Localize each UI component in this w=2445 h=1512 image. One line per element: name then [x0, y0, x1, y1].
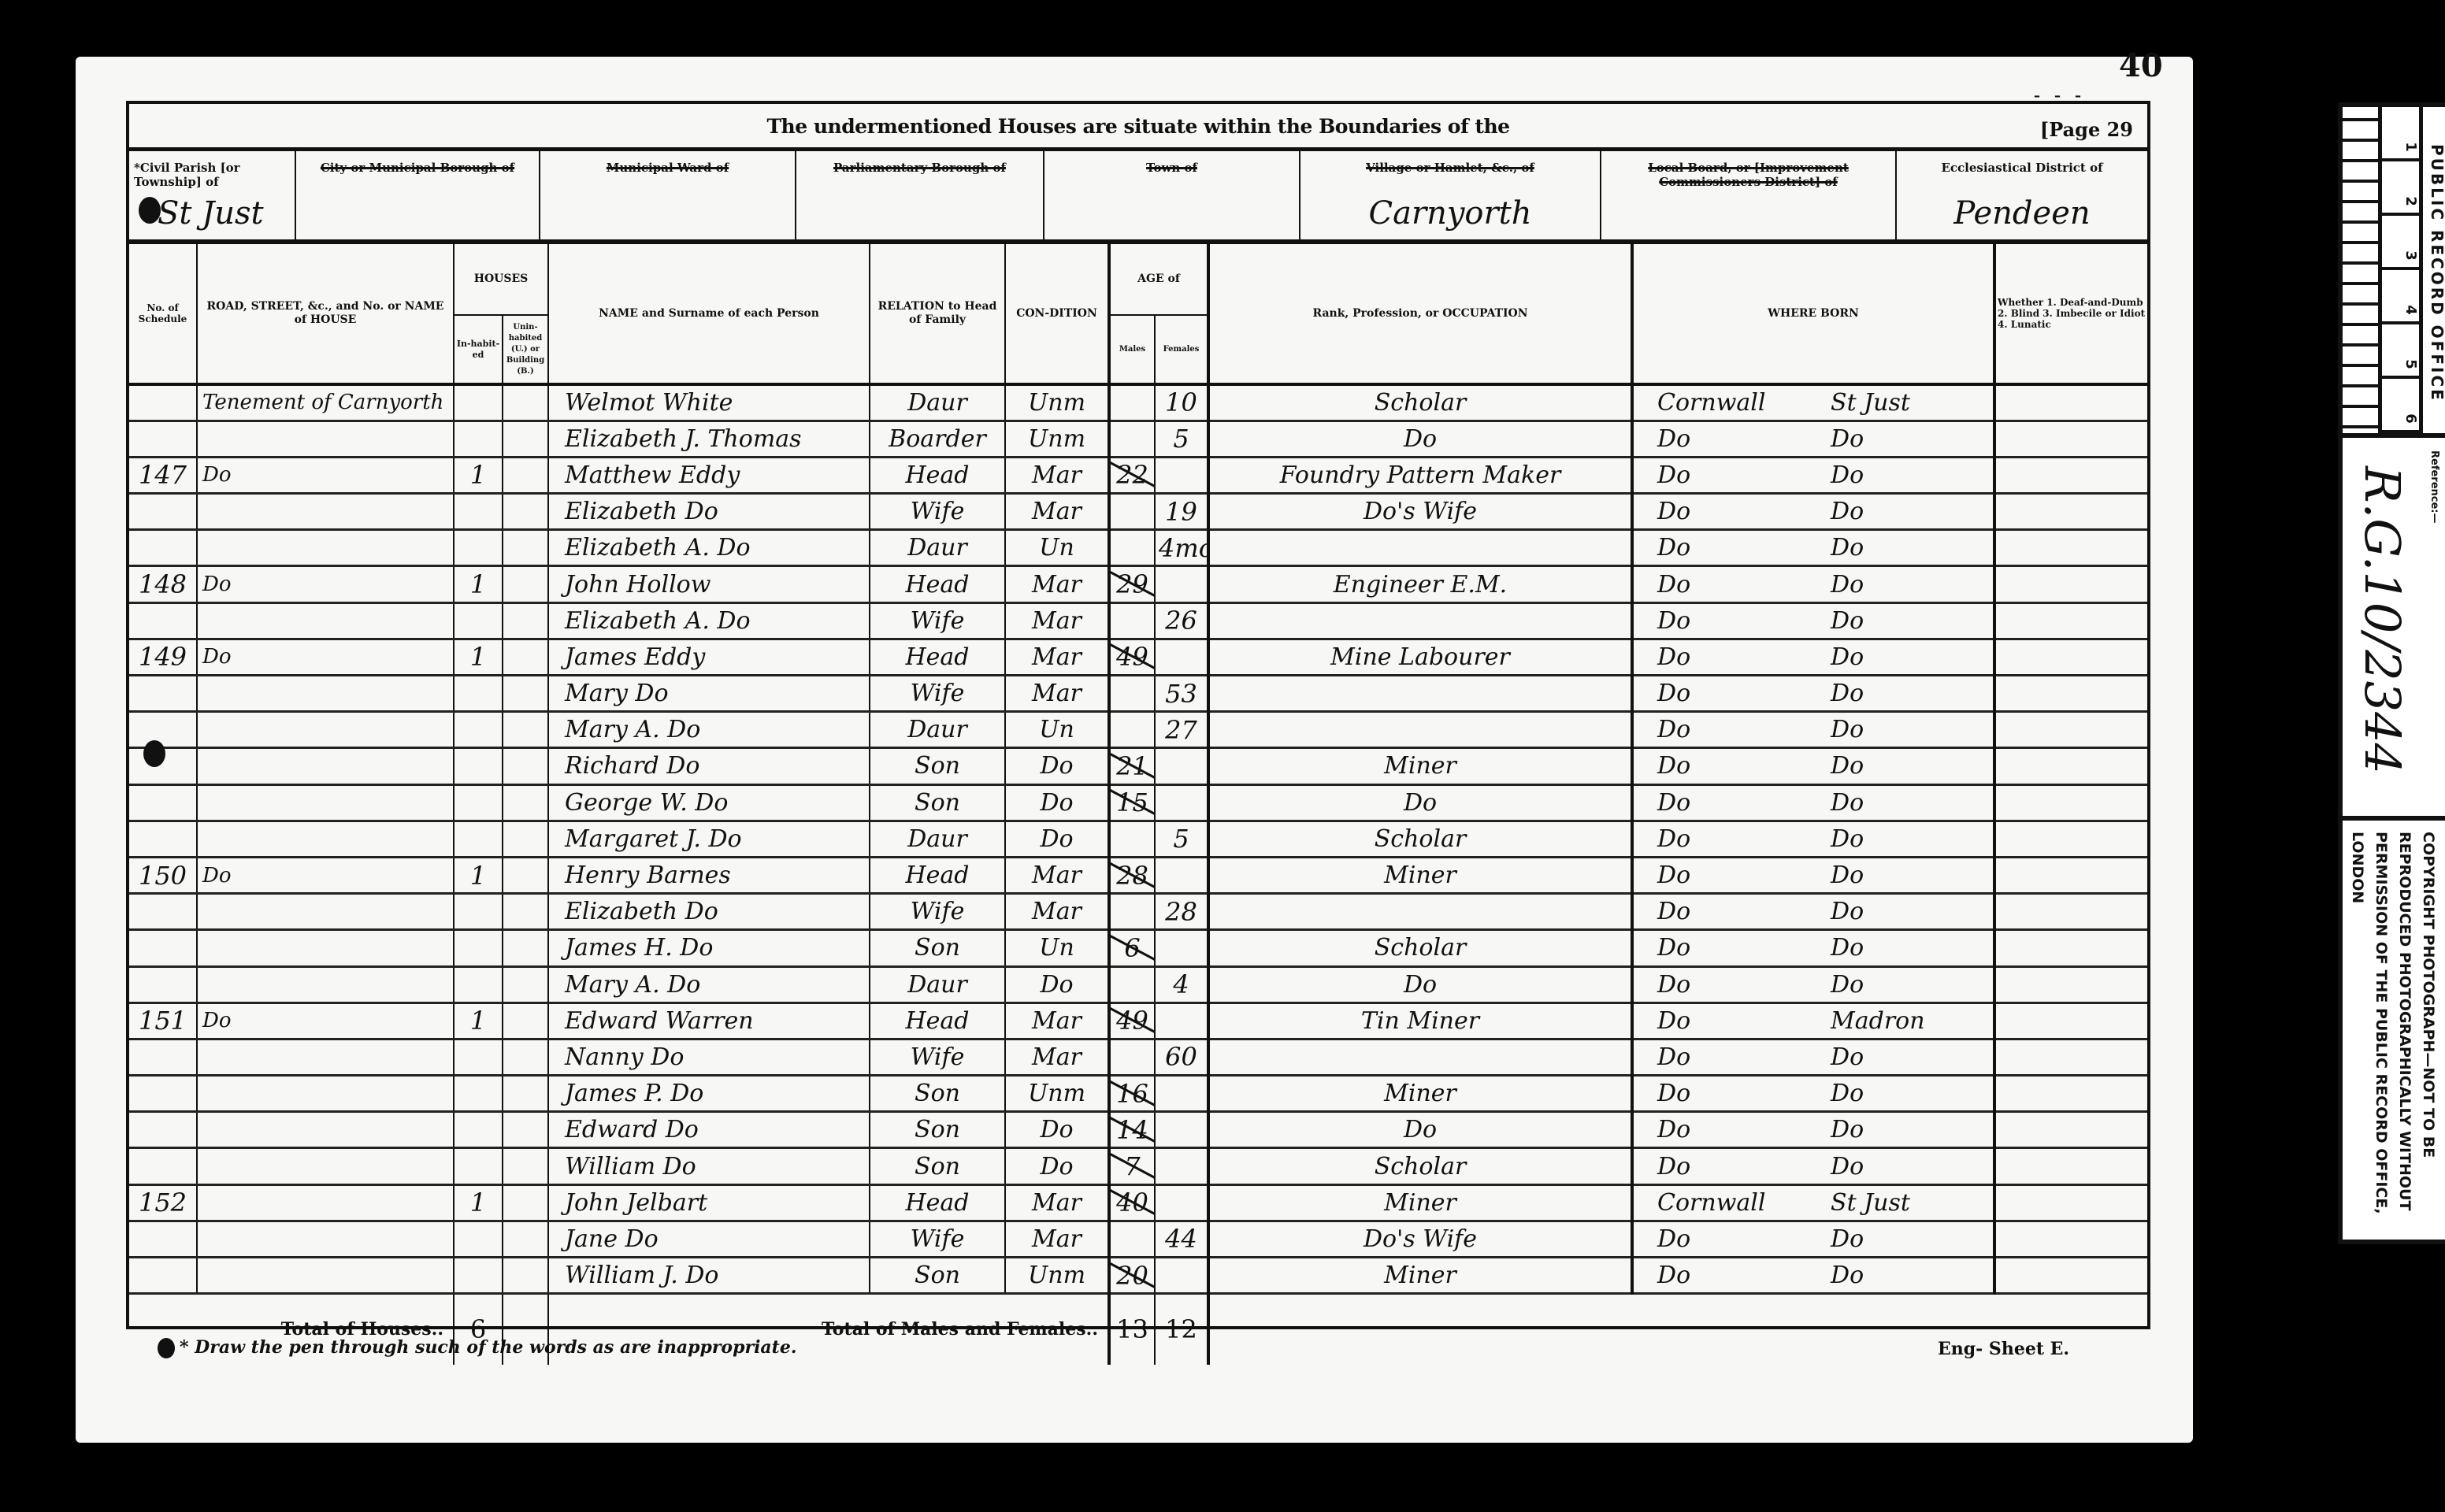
person-name: Welmot White [548, 384, 870, 421]
person-name: Edward Do [548, 1112, 870, 1148]
infirmity [1994, 748, 2147, 784]
boundary-label: City or Municipal Borough of [301, 161, 534, 175]
age-male [1109, 676, 1155, 712]
person-name: Elizabeth A. Do [548, 602, 870, 639]
houses-inhabited: 1 [454, 1002, 503, 1039]
relation: Son [870, 1076, 1005, 1112]
occupation: Miner [1208, 1184, 1632, 1221]
col-condition: CON-DITION [1005, 244, 1109, 384]
age-male: 20 [1109, 1258, 1155, 1294]
condition: Do [1005, 821, 1109, 857]
born-parish: Do [1831, 825, 1864, 853]
person-name: James H. Do [548, 930, 870, 966]
condition: Do [1005, 748, 1109, 784]
tally-stroke [1109, 1151, 1155, 1184]
houses-inhabited [454, 530, 503, 566]
boundary-municipal-ward: Municipal Ward of [540, 151, 796, 239]
table-row: Elizabeth A. DoDaurUn4moDoDo [129, 530, 2147, 566]
person-name: Elizabeth A. Do [548, 530, 870, 566]
scale-ruler: 1 2 3 4 5 6 PUBLIC RECORD OFFICE [2343, 107, 2445, 438]
address: Do [197, 857, 454, 893]
houses-inhabited: 1 [454, 857, 503, 893]
schedule-number: 151 [129, 1002, 197, 1039]
age-male [1109, 966, 1155, 1002]
condition: Un [1005, 530, 1109, 566]
schedule-number [129, 712, 197, 748]
houses-inhabited: 1 [454, 566, 503, 602]
born-parish: Do [1831, 1225, 1864, 1253]
infirmity [1994, 857, 2147, 893]
houses-inhabited [454, 1221, 503, 1257]
relation: Daur [870, 712, 1005, 748]
person-name: Edward Warren [548, 1002, 870, 1039]
schedule-number [129, 494, 197, 530]
schedule-number [129, 676, 197, 712]
age-male [1109, 1221, 1155, 1257]
houses-inhabited [454, 894, 503, 930]
address [197, 748, 454, 784]
table-row: William DoSonDo7ScholarDoDo [129, 1148, 2147, 1184]
age-female [1155, 930, 1208, 966]
houses-inhabited [454, 602, 503, 639]
age-female: 5 [1155, 421, 1208, 457]
schedule-number [129, 821, 197, 857]
age-female: 4mo [1155, 530, 1208, 566]
infirmity [1994, 930, 2147, 966]
address [197, 784, 454, 821]
infirmity [1994, 1258, 2147, 1294]
occupation: Tin Miner [1208, 1002, 1632, 1039]
infirmity [1994, 566, 2147, 602]
born-county: Do [1657, 643, 1831, 671]
boundary-value: Carnyorth [1300, 195, 1600, 232]
ruler-numbers: 1 2 3 4 5 6 [2382, 107, 2423, 433]
tally-stroke [1109, 750, 1155, 784]
infirmity [1994, 1184, 2147, 1221]
born-parish: Do [1831, 607, 1864, 635]
table-header: No. of Schedule ROAD, STREET, &c., and N… [129, 244, 2147, 315]
born-parish: Do [1831, 643, 1864, 671]
form-title-row: The undermentioned Houses are situate wi… [129, 104, 2147, 151]
where-born: DoDo [1632, 821, 1994, 857]
address: Do [197, 457, 454, 493]
table-row: Mary A. DoDaurDo4DoDoDo [129, 966, 2147, 1002]
age-female: 27 [1155, 712, 1208, 748]
occupation: Do [1208, 784, 1632, 821]
ruler-number: 1 [2402, 142, 2419, 152]
person-name: Nanny Do [548, 1039, 870, 1075]
occupation: Miner [1208, 748, 1632, 784]
infirmity [1994, 639, 2147, 675]
age-female: 60 [1155, 1039, 1208, 1075]
houses-inhabited [454, 748, 503, 784]
tally-stroke [1109, 787, 1155, 821]
where-born: DoDo [1632, 857, 1994, 893]
address [197, 1258, 454, 1294]
occupation: Scholar [1208, 1148, 1632, 1184]
born-parish: Do [1831, 1153, 1864, 1180]
punch-hole [143, 740, 165, 767]
occupation: Engineer E.M. [1208, 566, 1632, 602]
condition: Mar [1005, 1221, 1109, 1257]
col-females: Females [1155, 315, 1208, 384]
age-female [1155, 784, 1208, 821]
boundary-label: Parliamentary Borough of [801, 161, 1038, 175]
table-row: George W. DoSonDo15DoDoDo [129, 784, 2147, 821]
occupation [1208, 676, 1632, 712]
houses-uninhabited [503, 784, 548, 821]
age-male: 15 [1109, 784, 1155, 821]
houses-inhabited: 1 [454, 639, 503, 675]
born-parish: Do [1831, 461, 1864, 489]
boundary-civil-parish: *Civil Parish [or Township] of St Just [129, 151, 296, 239]
boundary-label: Ecclesiastical District of [1901, 161, 2143, 175]
table-row: Margaret J. DoDaurDo5ScholarDoDo [129, 821, 2147, 857]
born-county: Cornwall [1657, 1189, 1831, 1217]
age-female [1155, 1002, 1208, 1039]
footnote: * Draw the pen through such of the words… [158, 1337, 797, 1358]
born-parish: Do [1831, 1262, 1864, 1289]
where-born: DoDo [1632, 1221, 1994, 1257]
census-table: No. of Schedule ROAD, STREET, &c., and N… [129, 244, 2147, 1365]
person-name: Jane Do [548, 1221, 870, 1257]
born-parish: St Just [1831, 1189, 1910, 1217]
houses-uninhabited [503, 1184, 548, 1221]
boundary-header: *Civil Parish [or Township] of St Just C… [129, 151, 2147, 244]
age-female [1155, 748, 1208, 784]
age-female: 44 [1155, 1221, 1208, 1257]
reference-value: R.G.10/2344 [2354, 466, 2411, 774]
born-county: Do [1657, 898, 1831, 925]
houses-inhabited [454, 821, 503, 857]
born-county: Do [1657, 789, 1831, 817]
reference-label: Reference:— [2428, 450, 2440, 524]
address [197, 1148, 454, 1184]
born-parish: Do [1831, 862, 1864, 889]
houses-uninhabited [503, 712, 548, 748]
infirmity [1994, 966, 2147, 1002]
total-males: 13 [1109, 1294, 1155, 1365]
ruler-number: 5 [2402, 359, 2419, 369]
age-male: 29 [1109, 566, 1155, 602]
age-male: 40 [1109, 1184, 1155, 1221]
person-name: Margaret J. Do [548, 821, 870, 857]
condition: Mar [1005, 566, 1109, 602]
col-males: Males [1109, 315, 1155, 384]
age-male: 28 [1109, 857, 1155, 893]
born-county: Do [1657, 1153, 1831, 1180]
condition: Mar [1005, 1184, 1109, 1221]
houses-uninhabited [503, 966, 548, 1002]
born-parish: Do [1831, 789, 1864, 817]
boundary-local-board: Local Board, or [Improvement Commissione… [1601, 151, 1897, 239]
address [197, 602, 454, 639]
houses-uninhabited [503, 894, 548, 930]
person-name: John Jelbart [548, 1184, 870, 1221]
occupation [1208, 1039, 1632, 1075]
born-county: Do [1657, 571, 1831, 598]
census-form: The undermentioned Houses are situate wi… [126, 101, 2150, 1329]
born-parish: Do [1831, 425, 1864, 453]
where-born: DoDo [1632, 457, 1994, 493]
tally-stroke [1109, 1187, 1155, 1221]
where-born: DoDo [1632, 784, 1994, 821]
schedule-number: 149 [129, 639, 197, 675]
table-row: 149Do1James EddyHeadMar49Mine LabourerDo… [129, 639, 2147, 675]
tally-stroke [1109, 569, 1155, 602]
boundary-village: Village or Hamlet, &c., of Carnyorth [1300, 151, 1601, 239]
where-born: DoDo [1632, 748, 1994, 784]
houses-inhabited [454, 1258, 503, 1294]
person-name: Richard Do [548, 748, 870, 784]
houses-inhabited [454, 494, 503, 530]
boundary-value: St Just [158, 195, 295, 232]
schedule-number [129, 1076, 197, 1112]
address [197, 676, 454, 712]
condition: Do [1005, 1148, 1109, 1184]
born-parish: Do [1831, 971, 1864, 999]
address [197, 966, 454, 1002]
where-born: DoDo [1632, 676, 1994, 712]
age-female: 26 [1155, 602, 1208, 639]
born-county: Do [1657, 1262, 1831, 1289]
schedule-number [129, 1258, 197, 1294]
address [197, 930, 454, 966]
schedule-number [129, 530, 197, 566]
tally-stroke [1109, 459, 1155, 493]
address [197, 1184, 454, 1221]
where-born: DoDo [1632, 566, 1994, 602]
age-male [1109, 894, 1155, 930]
table-row: Mary DoWifeMar53DoDo [129, 676, 2147, 712]
col-schedule: No. of Schedule [129, 244, 197, 384]
age-male: 22 [1109, 457, 1155, 493]
age-male: 21 [1109, 748, 1155, 784]
infirmity [1994, 384, 2147, 421]
infirmity [1994, 1076, 2147, 1112]
where-born: DoDo [1632, 494, 1994, 530]
houses-uninhabited [503, 857, 548, 893]
relation: Head [870, 1184, 1005, 1221]
relation: Daur [870, 384, 1005, 421]
houses-uninhabited [503, 1002, 548, 1039]
where-born: DoMadron [1632, 1002, 1994, 1039]
occupation: Do's Wife [1208, 494, 1632, 530]
where-born: DoDo [1632, 712, 1994, 748]
relation: Head [870, 566, 1005, 602]
person-name: William Do [548, 1148, 870, 1184]
condition: Mar [1005, 857, 1109, 893]
boundary-label: Town of [1049, 161, 1294, 175]
relation: Head [870, 639, 1005, 675]
total-females: 12 [1155, 1294, 1208, 1365]
schedule-number [129, 1039, 197, 1075]
born-county: Do [1657, 425, 1831, 453]
age-male [1109, 530, 1155, 566]
address: Do [197, 1002, 454, 1039]
boundary-label: Village or Hamlet, &c., of [1305, 161, 1595, 175]
where-born: DoDo [1632, 930, 1994, 966]
tally-stroke [1109, 1077, 1155, 1111]
person-name: Henry Barnes [548, 857, 870, 893]
ruler-number: 4 [2402, 305, 2419, 315]
boundary-value: Pendeen [1897, 195, 2147, 232]
table-row: Elizabeth A. DoWifeMar26DoDo [129, 602, 2147, 639]
born-county: Do [1657, 716, 1831, 743]
houses-uninhabited [503, 748, 548, 784]
relation: Son [870, 1258, 1005, 1294]
relation: Daur [870, 966, 1005, 1002]
occupation: Do [1208, 1112, 1632, 1148]
table-row: Elizabeth DoWifeMar28DoDo [129, 894, 2147, 930]
ruler-number: 3 [2402, 250, 2419, 261]
houses-inhabited [454, 421, 503, 457]
schedule-number [129, 930, 197, 966]
born-county: Do [1657, 934, 1831, 962]
occupation [1208, 530, 1632, 566]
born-county: Do [1657, 971, 1831, 999]
age-female: 19 [1155, 494, 1208, 530]
infirmity [1994, 457, 2147, 493]
table-row: 1521John JelbartHeadMar40MinerCornwallSt… [129, 1184, 2147, 1221]
table-row: Tenement of CarnyorthWelmot WhiteDaurUnm… [129, 384, 2147, 421]
relation: Son [870, 1148, 1005, 1184]
relation: Son [870, 784, 1005, 821]
born-county: Do [1657, 607, 1831, 635]
occupation: Miner [1208, 1076, 1632, 1112]
pro-title: PUBLIC RECORD OFFICE [2423, 112, 2445, 435]
boundary-label: Municipal Ward of [545, 161, 790, 175]
address [197, 1076, 454, 1112]
relation: Head [870, 457, 1005, 493]
col-inhabited: In-habit-ed [454, 315, 503, 384]
schedule-number [129, 894, 197, 930]
occupation: Do's Wife [1208, 1221, 1632, 1257]
houses-uninhabited [503, 602, 548, 639]
col-uninhabited: Unin-habited (U.) or Building (B.) [503, 315, 548, 384]
boundary-parliamentary-borough: Parliamentary Borough of [796, 151, 1044, 239]
person-name: Matthew Eddy [548, 457, 870, 493]
relation: Wife [870, 494, 1005, 530]
condition: Do [1005, 784, 1109, 821]
infirmity [1994, 676, 2147, 712]
houses-inhabited [454, 384, 503, 421]
schedule-number: 152 [129, 1184, 197, 1221]
age-female [1155, 566, 1208, 602]
houses-uninhabited [503, 1076, 548, 1112]
infirmity [1994, 1221, 2147, 1257]
condition: Mar [1005, 457, 1109, 493]
age-female [1155, 1076, 1208, 1112]
born-parish: Do [1831, 752, 1864, 780]
table-row: Elizabeth J. ThomasBoarderUnm5DoDoDo [129, 421, 2147, 457]
age-female: 28 [1155, 894, 1208, 930]
schedule-number: 147 [129, 457, 197, 493]
condition: Mar [1005, 639, 1109, 675]
ruler-ticks [2343, 107, 2382, 433]
person-name: James P. Do [548, 1076, 870, 1112]
born-county: Do [1657, 498, 1831, 525]
infirmity [1994, 421, 2147, 457]
born-parish: Do [1831, 1080, 1864, 1107]
houses-uninhabited [503, 384, 548, 421]
relation: Wife [870, 602, 1005, 639]
houses-inhabited [454, 784, 503, 821]
age-female: 10 [1155, 384, 1208, 421]
condition: Mar [1005, 894, 1109, 930]
occupation: Miner [1208, 1258, 1632, 1294]
houses-inhabited [454, 1148, 503, 1184]
col-age: AGE of [1109, 244, 1208, 315]
age-female: 4 [1155, 966, 1208, 1002]
age-female [1155, 457, 1208, 493]
where-born: DoDo [1632, 1076, 1994, 1112]
relation: Wife [870, 676, 1005, 712]
infirmity [1994, 1112, 2147, 1148]
where-born: CornwallSt Just [1632, 1184, 1994, 1221]
tally-stroke [1109, 1114, 1155, 1148]
person-name: William J. Do [548, 1258, 870, 1294]
houses-inhabited [454, 712, 503, 748]
address [197, 712, 454, 748]
age-male: 7 [1109, 1148, 1155, 1184]
houses-uninhabited [503, 676, 548, 712]
relation: Son [870, 748, 1005, 784]
table-row: Elizabeth DoWifeMar19Do's WifeDoDo [129, 494, 2147, 530]
table-row: William J. DoSonUnm20MinerDoDo [129, 1258, 2147, 1294]
condition: Un [1005, 712, 1109, 748]
col-road: ROAD, STREET, &c., and No. or NAME of HO… [197, 244, 454, 384]
condition: Unm [1005, 1076, 1109, 1112]
born-parish: Do [1831, 498, 1864, 525]
form-title: The undermentioned Houses are situate wi… [129, 115, 2147, 138]
footnote-text: * Draw the pen through such of the words… [180, 1337, 797, 1358]
houses-uninhabited [503, 530, 548, 566]
houses-uninhabited [503, 1148, 548, 1184]
age-female [1155, 1112, 1208, 1148]
page-number: [Page 29 [2040, 118, 2133, 141]
sheet-number: 40 [2119, 47, 2163, 84]
born-parish: St Just [1831, 389, 1910, 417]
table-row: 151Do1Edward WarrenHeadMar49Tin MinerDoM… [129, 1002, 2147, 1039]
copyright-notice: COPYRIGHT PHOTOGRAPH—NOT TO BE REPRODUCE… [2343, 825, 2445, 1243]
punch-hole [158, 1338, 175, 1358]
houses-uninhabited [503, 1112, 548, 1148]
where-born: DoDo [1632, 639, 1994, 675]
schedule-number [129, 1221, 197, 1257]
age-male: 49 [1109, 1002, 1155, 1039]
where-born: DoDo [1632, 421, 1994, 457]
born-county: Do [1657, 680, 1831, 707]
houses-inhabited: 1 [454, 1184, 503, 1221]
infirmity [1994, 1002, 2147, 1039]
age-male: 6 [1109, 930, 1155, 966]
born-county: Do [1657, 1116, 1831, 1143]
houses-uninhabited [503, 1039, 548, 1075]
boundary-municipal-borough: City or Municipal Borough of [296, 151, 540, 239]
houses-inhabited [454, 1112, 503, 1148]
born-county: Do [1657, 1225, 1831, 1253]
condition: Unm [1005, 1258, 1109, 1294]
houses-inhabited [454, 930, 503, 966]
occupation: Foundry Pattern Maker [1208, 457, 1632, 493]
where-born: DoDo [1632, 530, 1994, 566]
age-male [1109, 494, 1155, 530]
born-county: Do [1657, 1043, 1831, 1071]
born-parish: Do [1831, 716, 1864, 743]
condition: Mar [1005, 676, 1109, 712]
tally-stroke [1109, 932, 1155, 966]
